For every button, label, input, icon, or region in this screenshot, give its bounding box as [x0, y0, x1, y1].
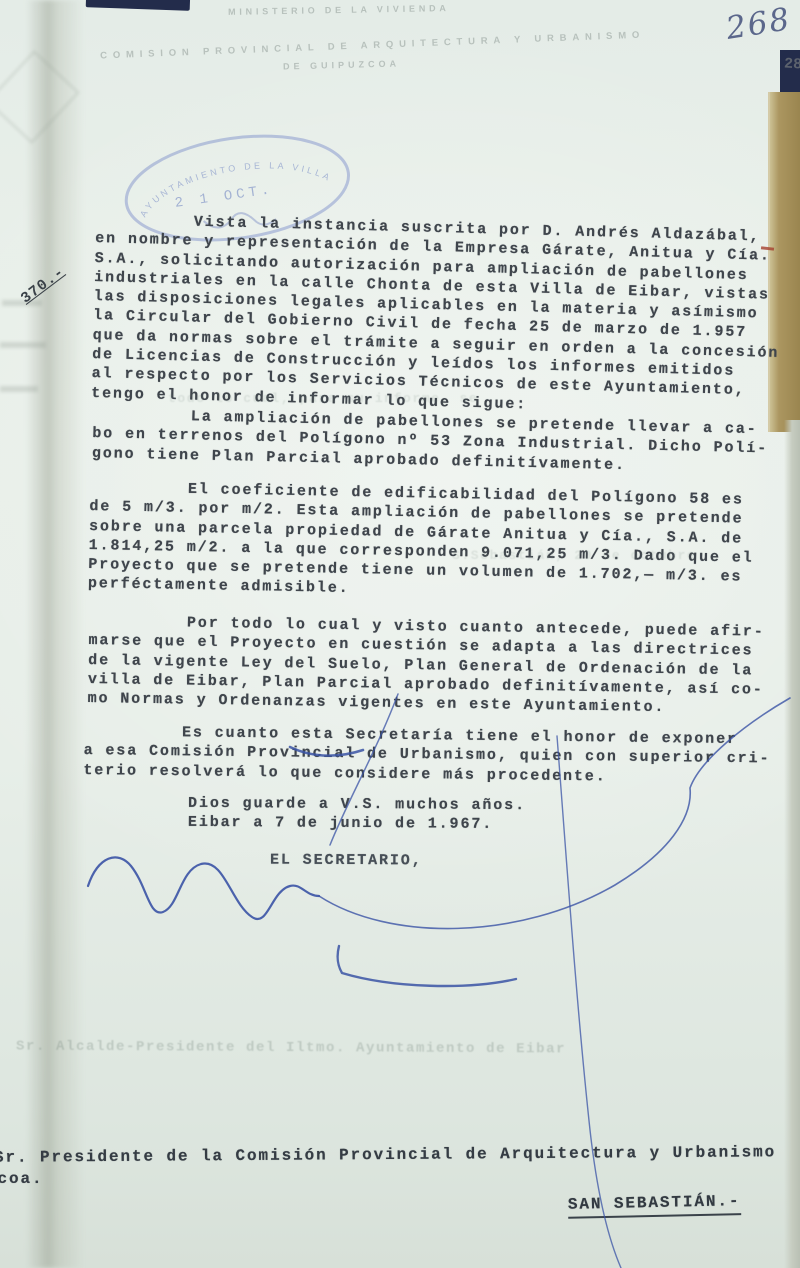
book-gutter-shadow: [26, 0, 84, 1268]
body-paragraph-5: Es cuanto esta Secretaría tiene el honor…: [83, 722, 770, 788]
closing-block: Dios guarde a V.S. muchos años. Eibar a …: [188, 794, 526, 835]
prev-page-text-ghost: [0, 386, 38, 392]
bleed-through-text: S.Sebastián, 20 de octubre: [452, 548, 696, 563]
ghost-addressee-line: Sr. Alcalde-Presidente del Iltmo. Ayunta…: [16, 1039, 566, 1058]
signer-title: EL SECRETARIO,: [270, 851, 423, 871]
closing-dateline: Eibar a 7 de junio de 1.967.: [188, 814, 493, 833]
body-paragraph-3: El coeficiente de edificabilidad del Pol…: [88, 478, 755, 607]
scanned-document-photo: { "photo": { "page_number": "268", "edge…: [0, 0, 800, 1268]
next-page-pale-edge: [784, 420, 800, 1268]
closing-salute: Dios guarde a V.S. muchos años.: [188, 795, 526, 814]
bleed-through-text: todo lo cual, para su informe, se: [168, 391, 478, 406]
edge-page-number: 28: [784, 56, 800, 74]
prev-page-text-ghost: [0, 342, 46, 348]
stamp-date: 2 1 OCT.: [174, 182, 274, 212]
body-paragraph-4: Por todo lo cual y visto cuanto antecede…: [87, 612, 764, 719]
footer-destination: SAN SEBASTIÁN.-: [568, 1192, 741, 1219]
footer-addressee-line2: zcoa.: [0, 1170, 44, 1189]
next-pages-edge: 28: [766, 0, 800, 1268]
body-paragraph-1: Vista la instancia suscrita por D. André…: [91, 210, 783, 421]
